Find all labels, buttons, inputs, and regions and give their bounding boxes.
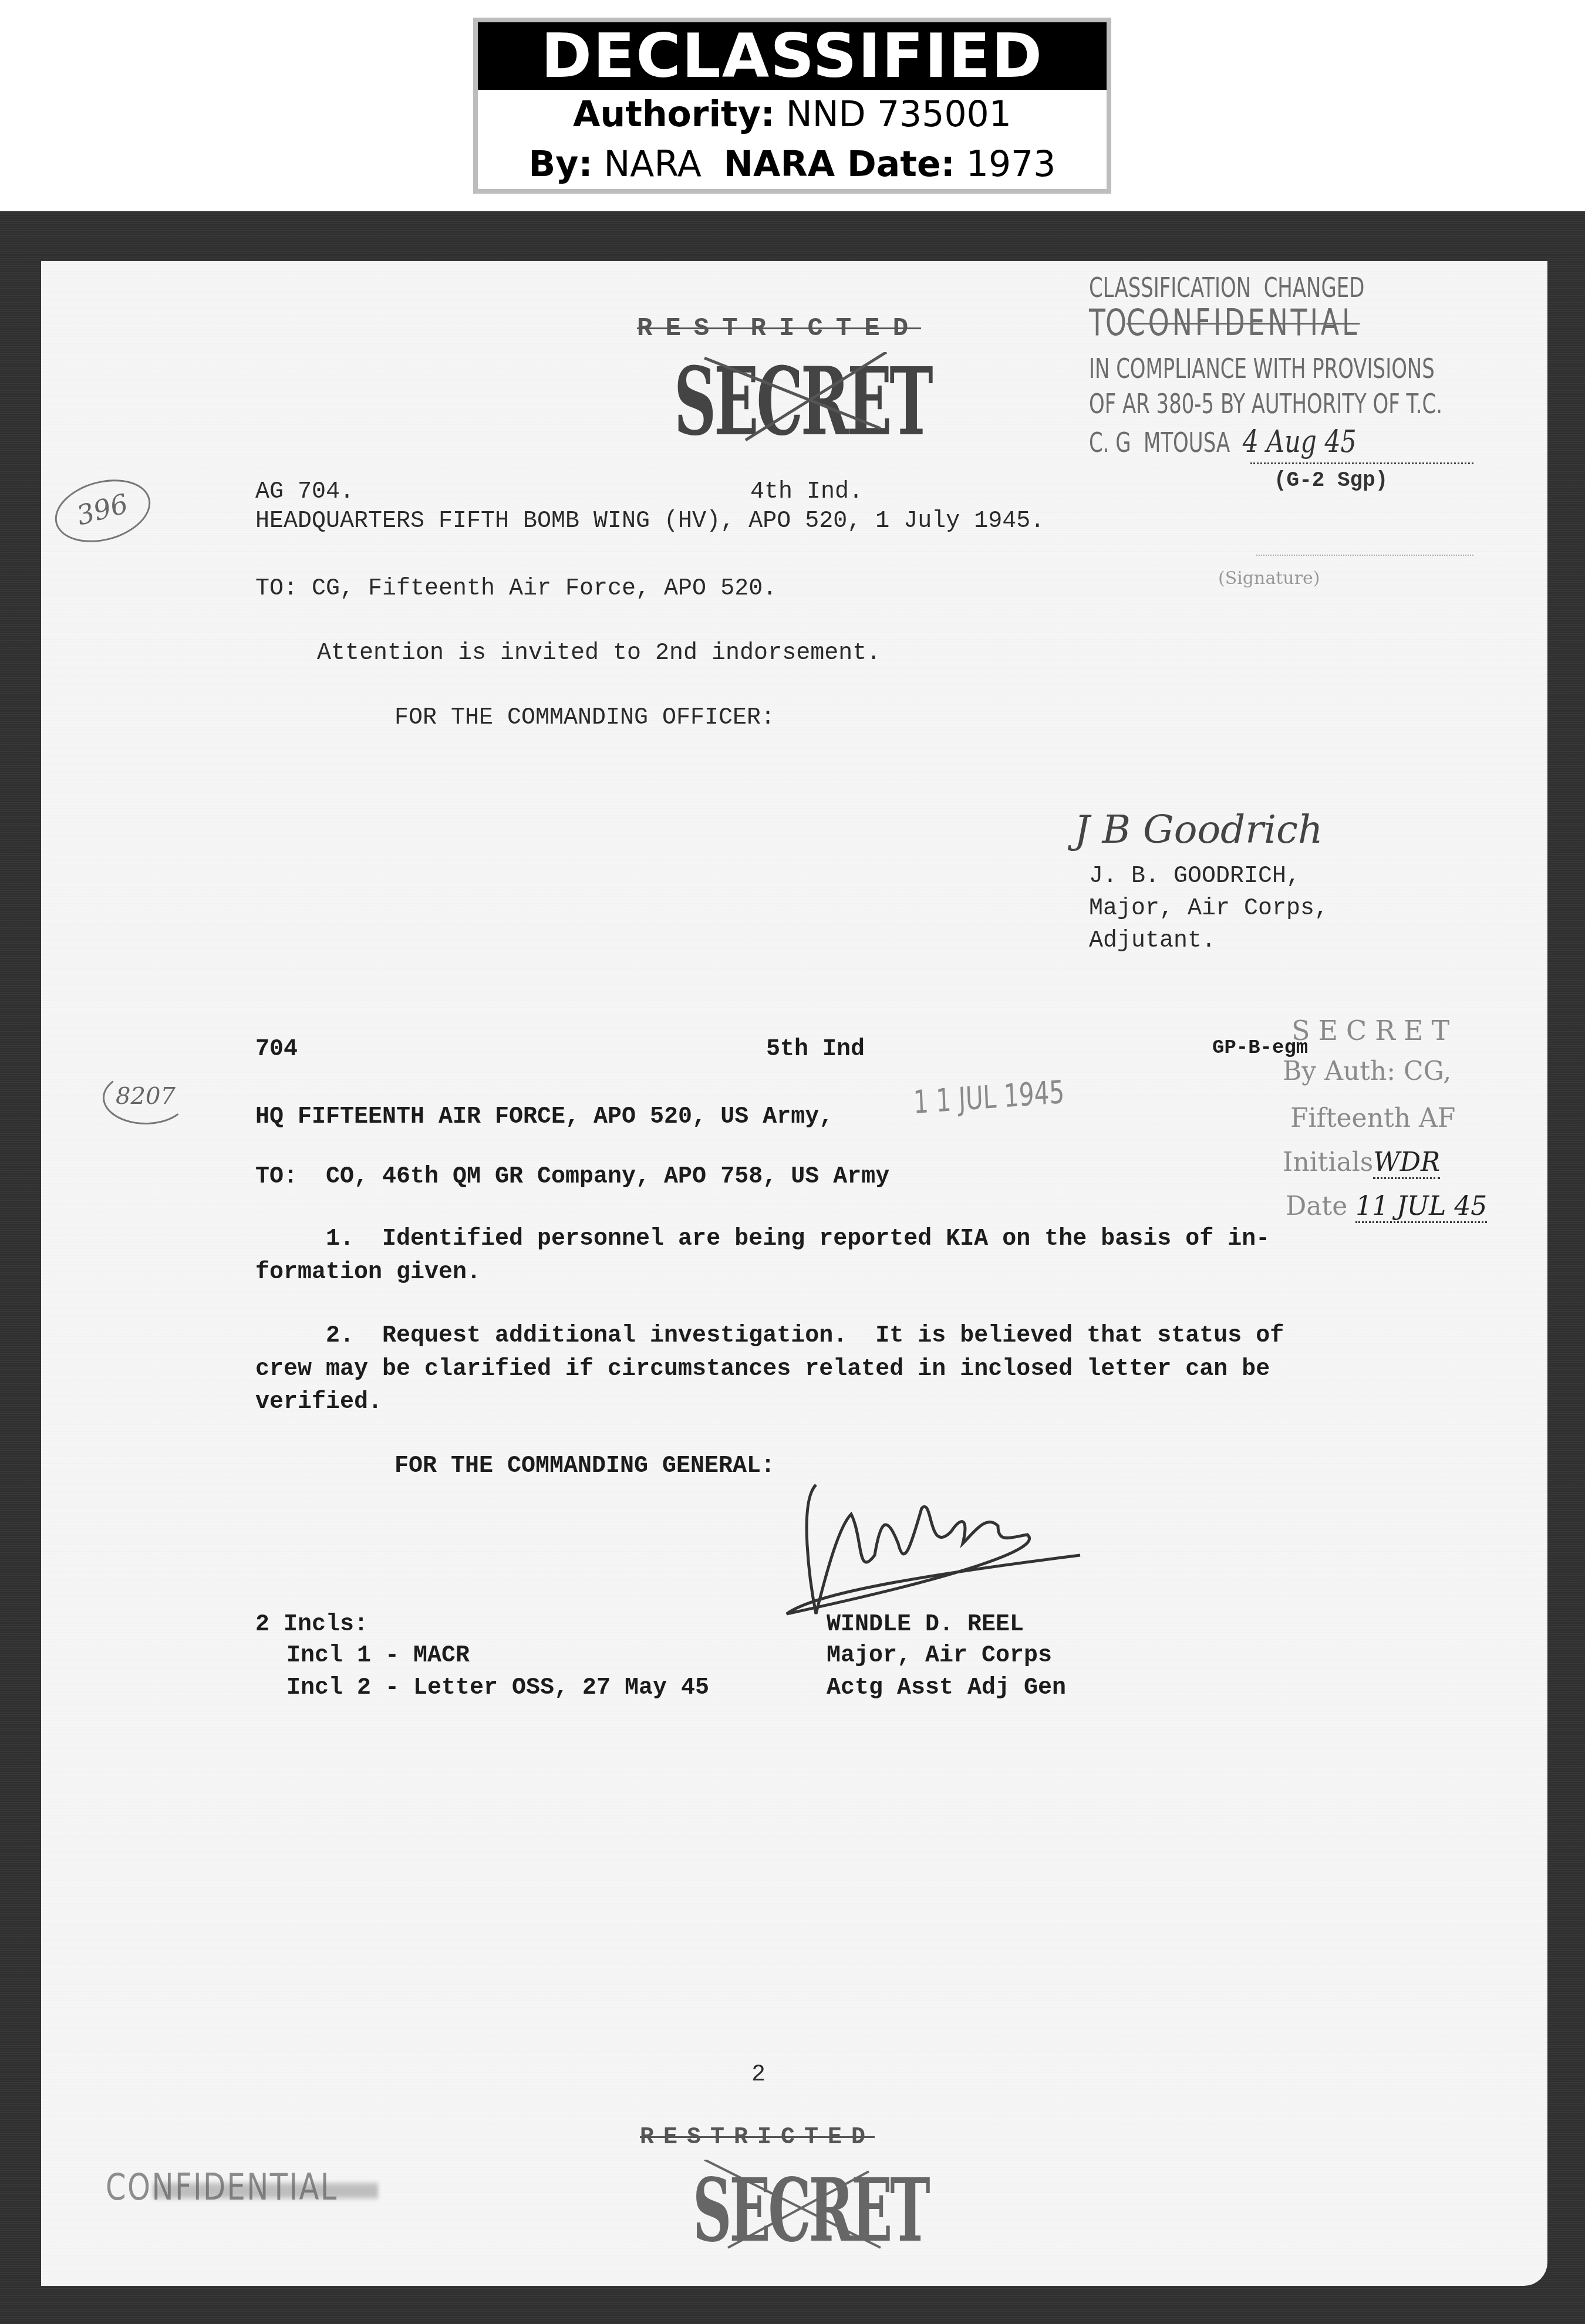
classification-changed-line5: C. G MTOUSA 4 Aug 45 (1089, 425, 1357, 459)
restricted-mark-bottom: RESTRICTED (640, 2124, 875, 2151)
fifth-ind-closing: FOR THE COMMANDING GENERAL: (394, 1452, 775, 1481)
classification-date-line (1250, 462, 1473, 464)
fourth-ind-to: TO: CG, Fifteenth Air Force, APO 520. (255, 575, 777, 603)
declassified-title: DECLASSIFIED (478, 22, 1107, 90)
reel-signature (775, 1479, 1162, 1620)
fourth-ind-from: HEADQUARTERS FIFTH BOMB WING (HV), APO 5… (255, 508, 1044, 536)
para2-line1: 2. Request additional investigation. It … (255, 1322, 1284, 1350)
fifth-ind-ref: 704 (255, 1036, 298, 1064)
goodrich-signature: J B Goodrich (1074, 807, 1323, 852)
restricted-mark-top: RESTRICTED (637, 314, 921, 343)
authority-line: Authority: NND 735001 (478, 94, 1107, 135)
fourth-ind-ref: AG 704. (255, 478, 354, 506)
fifth-ind-to: TO: CO, 46th QM GR Company, APO 758, US … (255, 1163, 889, 1191)
classification-to-label: TO (1089, 301, 1127, 344)
declassified-banner: DECLASSIFIED Authority: NND 735001 By: N… (473, 18, 1111, 194)
confidential-stamp-bottom: CONFIDENTIAL (106, 2166, 338, 2208)
fourth-ind-signer-rank: Major, Air Corps, (1089, 895, 1328, 923)
date-label: Date (1286, 1191, 1347, 1221)
classification-authority: C. G MTOUSA (1089, 427, 1230, 458)
secret-auth-line2: Fifteenth AF (1290, 1100, 1455, 1137)
signature-label: (Signature) (1218, 560, 1320, 597)
page-number: 2 (751, 2061, 765, 2089)
classification-changed-line4: OF AR 380-5 BY AUTHORITY OF T.C. (1089, 387, 1442, 420)
by-label: By: (529, 144, 593, 185)
fifth-ind-signer-title: Actg Asst Adj Gen (827, 1674, 1066, 1703)
cross-out-mark-bottom (693, 2160, 892, 2254)
secret-auth-title: SECRET (1291, 1012, 1458, 1049)
ink-smear (153, 2183, 378, 2198)
date-value: 11 JUL 45 (1355, 1191, 1487, 1223)
inclosures-header: 2 Incls: (255, 1611, 368, 1639)
fourth-ind-signer-name: J. B. GOODRICH, (1089, 863, 1300, 891)
para1-line2: formation given. (255, 1259, 481, 1287)
authority-value: NND 735001 (786, 94, 1011, 135)
inclosure-item: Incl 1 - MACR (286, 1642, 470, 1670)
secret-auth-line1: By Auth: CG, (1283, 1053, 1451, 1090)
inclosure-item: Incl 2 - Letter OSS, 27 May 45 (286, 1674, 709, 1703)
fifth-ind-signer-rank: Major, Air Corps (827, 1642, 1052, 1670)
fifth-ind-from: HQ FIFTEENTH AIR FORCE, APO 520, US Army… (255, 1103, 833, 1131)
signature-line (1256, 555, 1473, 556)
initials-value: WDR (1373, 1147, 1440, 1179)
classification-changed-line1: CLASSIFICATION CHANGED (1089, 271, 1364, 304)
fourth-ind-number: 4th Ind. (750, 478, 863, 506)
classification-unit: (G-2 Sgp) (1274, 467, 1388, 495)
secret-auth-initials: InitialsWDR (1283, 1144, 1440, 1181)
by-value: NARA (603, 144, 701, 185)
para2-line3: verified. (255, 1389, 382, 1417)
classification-new-level: CONFIDENTIAL (1127, 301, 1360, 344)
para1-line1: 1. Identified personnel are being report… (255, 1225, 1270, 1254)
cross-out-mark-top (675, 352, 910, 446)
margin-note-middle: 8207 (103, 1071, 188, 1124)
fifth-ind-number: 5th Ind (766, 1036, 865, 1064)
fourth-ind-body: Attention is invited to 2nd indorsement. (317, 640, 881, 668)
secret-auth-date: Date 11 JUL 45 (1286, 1188, 1487, 1225)
classification-changed-line3: IN COMPLIANCE WITH PROVISIONS (1089, 352, 1435, 385)
classification-changed-line2: TOCONFIDENTIAL (1089, 302, 1360, 343)
fourth-ind-closing: FOR THE COMMANDING OFFICER: (394, 704, 775, 732)
nara-date-label: NARA Date: (724, 144, 955, 185)
by-line: By: NARA NARA Date: 1973 (478, 144, 1107, 185)
fifth-ind-signer-name: WINDLE D. REEL (827, 1611, 1024, 1639)
initials-label: Initials (1283, 1147, 1373, 1177)
fourth-ind-signer-title: Adjutant. (1089, 927, 1216, 955)
received-date-stamp: 1 1 JUL 1945 (913, 1078, 1065, 1117)
classification-handwritten-date: 4 Aug 45 (1243, 424, 1357, 460)
para2-line2: crew may be clarified if circumstances r… (255, 1356, 1270, 1384)
authority-label: Authority: (573, 94, 775, 135)
nara-date-value: 1973 (966, 144, 1056, 185)
